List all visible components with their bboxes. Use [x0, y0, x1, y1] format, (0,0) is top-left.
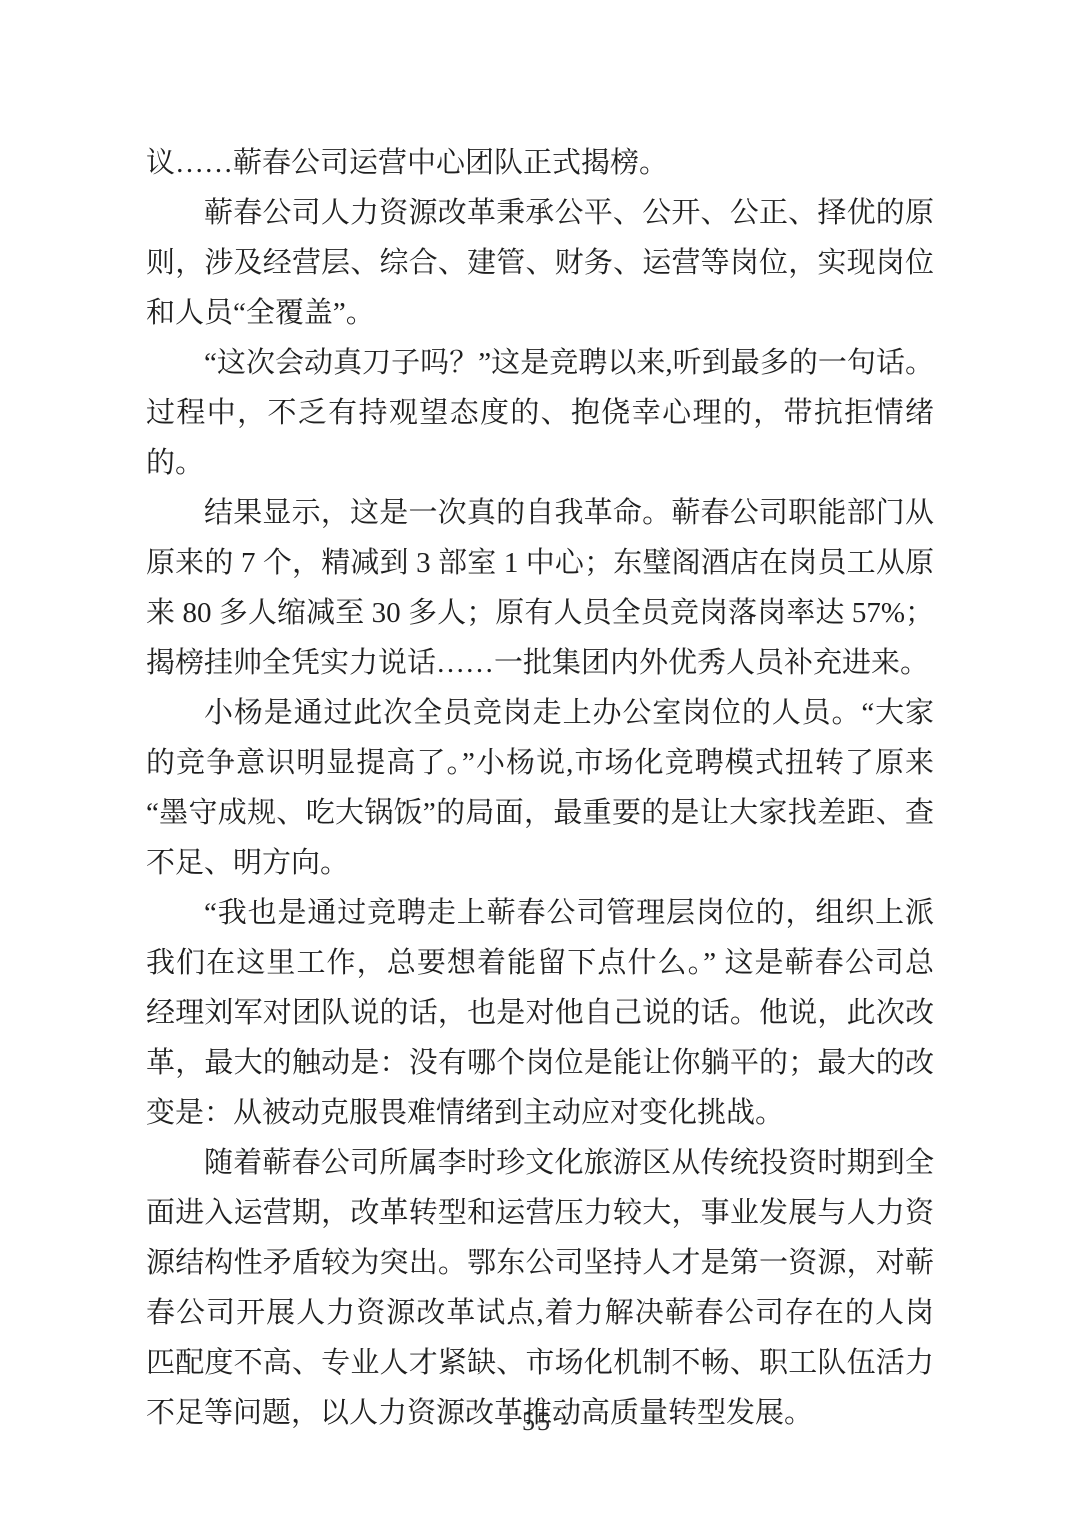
page-body-text: 议……蕲春公司运营中心团队正式揭榜。 蕲春公司人力资源改革秉承公平、公开、公正、… — [146, 138, 934, 1438]
paragraph: 蕲春公司人力资源改革秉承公平、公开、公正、择优的原则，涉及经营层、综合、建管、财… — [146, 188, 934, 338]
paragraph: “我也是通过竞聘走上蕲春公司管理层岗位的，组织上派我们在这里工作，总要想着能留下… — [146, 888, 934, 1138]
page: 议……蕲春公司运营中心团队正式揭榜。 蕲春公司人力资源改革秉承公平、公开、公正、… — [0, 0, 1074, 1520]
paragraph: 结果显示，这是一次真的自我革命。蕲春公司职能部门从原来的 7 个，精减到 3 部… — [146, 488, 934, 688]
paragraph: 随着蕲春公司所属李时珍文化旅游区从传统投资时期到全面进入运营期，改革转型和运营压… — [146, 1138, 934, 1438]
paragraph: “这次会动真刀子吗？”这是竞聘以来,听到最多的一句话。过程中，不乏有持观望态度的… — [146, 338, 934, 488]
paragraph-continuation: 议……蕲春公司运营中心团队正式揭榜。 — [146, 138, 934, 188]
page-number: - 55 - — [503, 1407, 571, 1436]
page-footer: - 55 - — [0, 1405, 1074, 1439]
paragraph: 小杨是通过此次全员竞岗走上办公室岗位的人员。“大家的竞争意识明显提高了。”小杨说… — [146, 688, 934, 888]
document-page: { "document": { "language": "zh-CN", "co… — [0, 0, 1074, 1520]
